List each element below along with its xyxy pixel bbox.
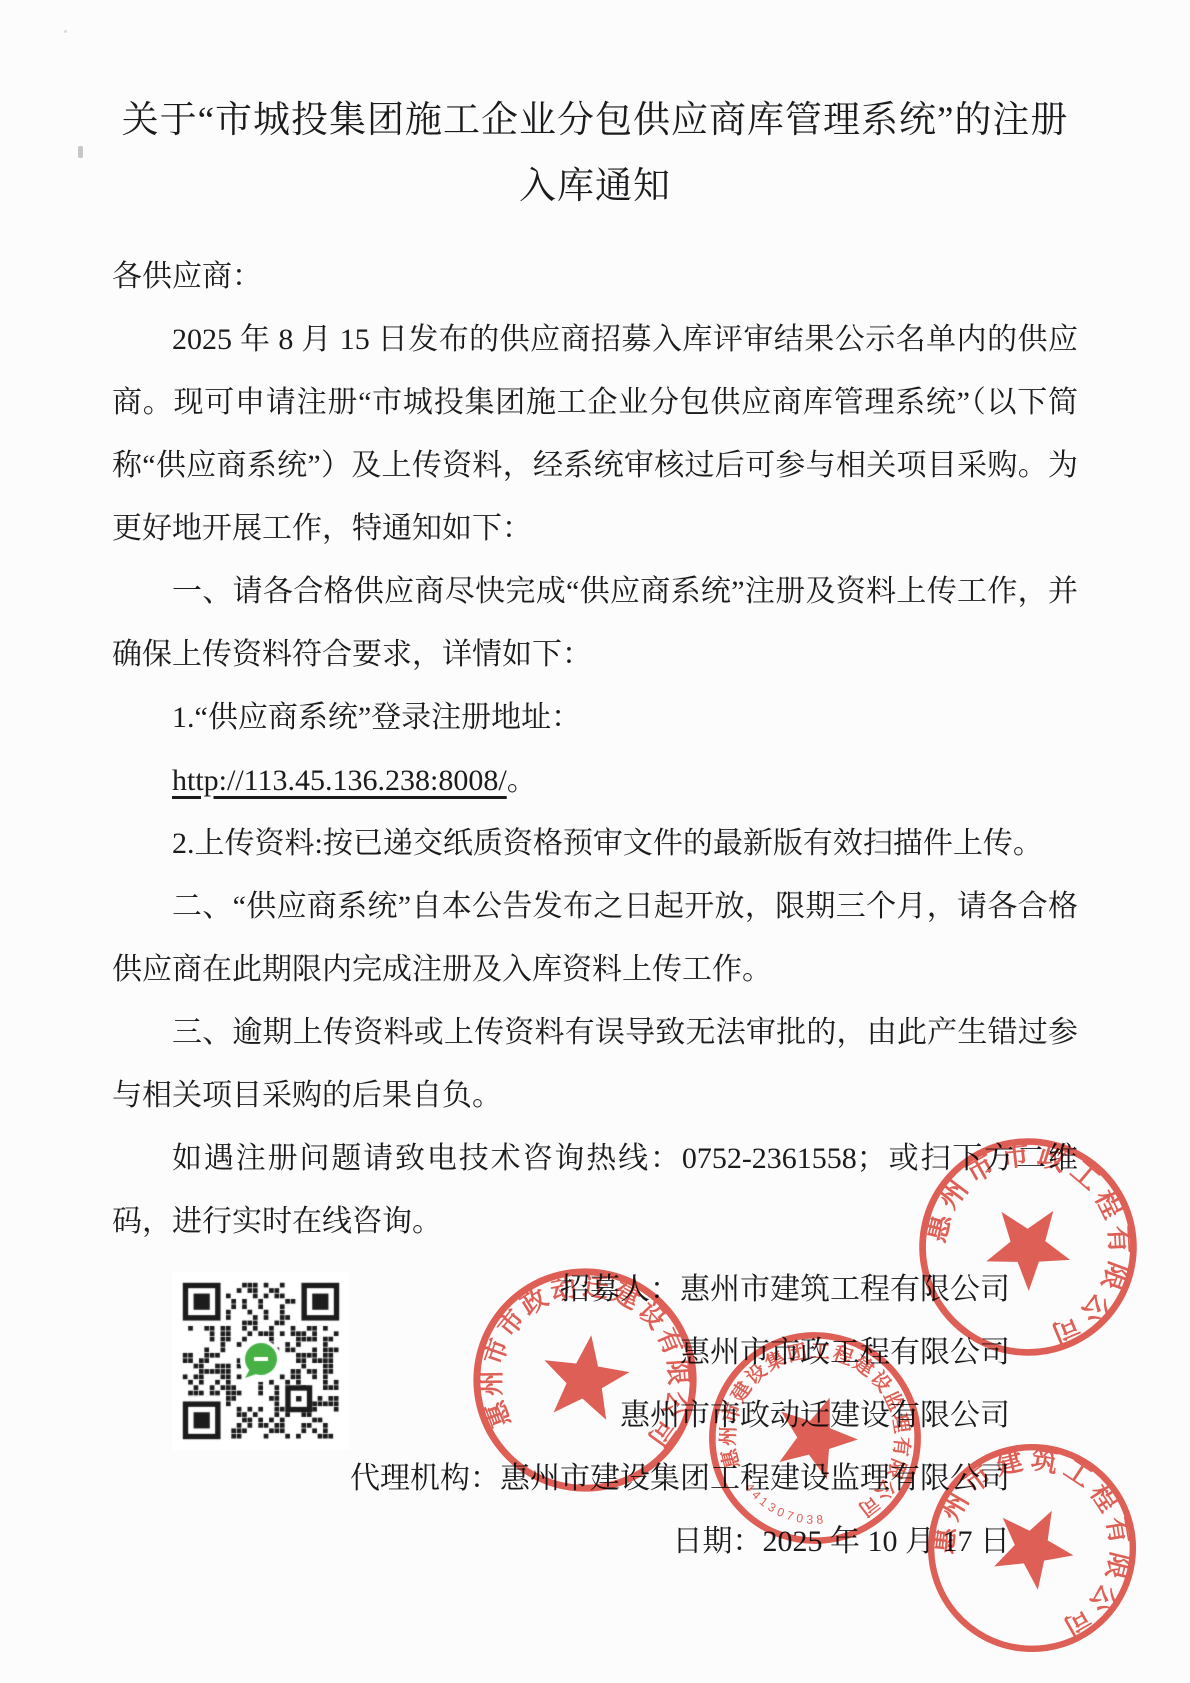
document-body: 各供应商： 2025 年 8 月 15 日发布的供应商招募入库评审结果公示名单内… — [112, 245, 1078, 1253]
body-paragraph: 三、逾期上传资料或上传资料有误导致无法审批的，由此产生错过参与相关项目采购的后果… — [112, 1001, 1078, 1127]
scan-speck — [78, 146, 83, 158]
registration-url[interactable]: http://113.45.136.238:8008/ — [172, 764, 507, 797]
body-paragraph: 2025 年 8 月 15 日发布的供应商招募入库评审结果公示名单内的供应商。现… — [112, 308, 1078, 560]
body-paragraph: 1.“供应商系统”登录注册地址： — [112, 686, 1078, 749]
salutation: 各供应商： — [112, 245, 1078, 308]
body-paragraph: 如遇注册问题请致电技术咨询热线：0752-2361558；或扫下方二维码，进行实… — [112, 1127, 1078, 1253]
scanned-notice-page: 关于“市城投集团施工企业分包供应商库管理系统”的注册入库通知 各供应商： 202… — [0, 0, 1190, 1683]
body-paragraph: 一、请各合格供应商尽快完成“供应商系统”注册及资料上传工作，并确保上传资料符合要… — [112, 560, 1078, 686]
document-title: 关于“市城投集团施工企业分包供应商库管理系统”的注册入库通知 — [112, 88, 1078, 220]
url-period: 。 — [507, 764, 537, 797]
scan-speck — [64, 30, 67, 33]
body-paragraph: 二、“供应商系统”自本公告发布之日起开放，限期三个月，请各合格供应商在此期限内完… — [112, 875, 1078, 1001]
qr-code — [172, 1272, 350, 1450]
agency-line: 代理机构：惠州市建设集团工程建设监理有限公司 — [112, 1447, 1010, 1510]
registration-url-line: http://113.45.136.238:8008/。 — [112, 749, 1078, 812]
body-paragraph: 2.上传资料:按已递交纸质资格预审文件的最新版有效扫描件上传。 — [112, 812, 1078, 875]
date-line: 日期：2025 年 10 月 17 日 — [112, 1510, 1010, 1573]
